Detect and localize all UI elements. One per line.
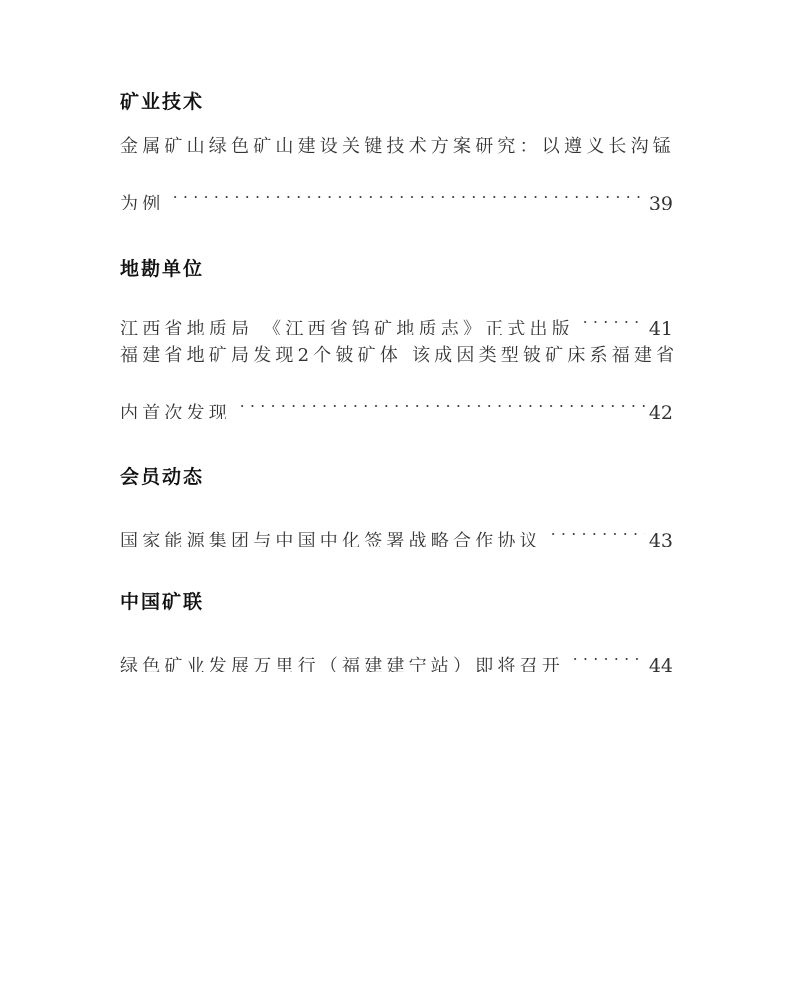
section-title: 地勘单位 bbox=[120, 255, 673, 283]
dot-leader bbox=[170, 168, 644, 210]
entry-title-line: 国家能源集团与中国中化签署战略合作协议 43 bbox=[120, 505, 673, 547]
entry-title-line: 内首次发现 42 bbox=[120, 377, 673, 419]
dot-leader bbox=[570, 630, 645, 672]
entry-title-line: 福建省地矿局发现2个铍矿体 该成因类型铍矿床系福建省 bbox=[120, 335, 673, 377]
entry-title-line: 金属矿山绿色矿山建设关键技术方案研究：以遵义长沟锰矿 bbox=[120, 126, 673, 168]
section-title: 矿业技术 bbox=[120, 88, 673, 116]
entry-title-text: 为例 bbox=[120, 184, 164, 210]
dot-leader bbox=[580, 293, 645, 335]
entry-title-line: 绿色矿业发展万里行（福建建宁站）即将召开 44 bbox=[120, 630, 673, 672]
section-title: 会员动态 bbox=[120, 463, 673, 491]
page-number: 42 bbox=[649, 392, 673, 419]
section-title: 中国矿联 bbox=[120, 588, 673, 616]
toc-entry[interactable]: 绿色矿业发展万里行（福建建宁站）即将召开 44 bbox=[120, 630, 673, 672]
toc-entry[interactable]: 金属矿山绿色矿山建设关键技术方案研究：以遵义长沟锰矿 为例 39 bbox=[120, 126, 673, 210]
entry-title-line: 江西省地质局 《江西省钨矿地质志》正式出版 41 bbox=[120, 293, 673, 335]
entry-title-text: 江西省地质局 《江西省钨矿地质志》正式出版 bbox=[120, 309, 574, 335]
toc-entry[interactable]: 福建省地矿局发现2个铍矿体 该成因类型铍矿床系福建省 内首次发现 42 bbox=[120, 335, 673, 419]
entry-title-text: 内首次发现 bbox=[120, 393, 231, 419]
toc-section-geological-survey: 地勘单位 江西省地质局 《江西省钨矿地质志》正式出版 41 福建省地矿局发现2个… bbox=[120, 255, 673, 419]
page-number: 39 bbox=[649, 183, 673, 210]
entry-title-text: 国家能源集团与中国中化签署战略合作协议 bbox=[120, 521, 542, 547]
page-number: 41 bbox=[649, 308, 673, 335]
toc-section-mining-technology: 矿业技术 金属矿山绿色矿山建设关键技术方案研究：以遵义长沟锰矿 为例 39 bbox=[120, 88, 673, 210]
toc-entry[interactable]: 国家能源集团与中国中化签署战略合作协议 43 bbox=[120, 505, 673, 547]
toc-section-member-news: 会员动态 国家能源集团与中国中化签署战略合作协议 43 bbox=[120, 463, 673, 547]
page-number: 44 bbox=[649, 645, 673, 672]
toc-section-china-mining-association: 中国矿联 绿色矿业发展万里行（福建建宁站）即将召开 44 bbox=[120, 588, 673, 672]
dot-leader bbox=[548, 505, 645, 547]
entry-title-line: 为例 39 bbox=[120, 168, 673, 210]
dot-leader bbox=[237, 377, 645, 419]
toc-entry[interactable]: 江西省地质局 《江西省钨矿地质志》正式出版 41 bbox=[120, 293, 673, 335]
page-number: 43 bbox=[649, 520, 673, 547]
entry-title-text: 绿色矿业发展万里行（福建建宁站）即将召开 bbox=[120, 646, 564, 672]
